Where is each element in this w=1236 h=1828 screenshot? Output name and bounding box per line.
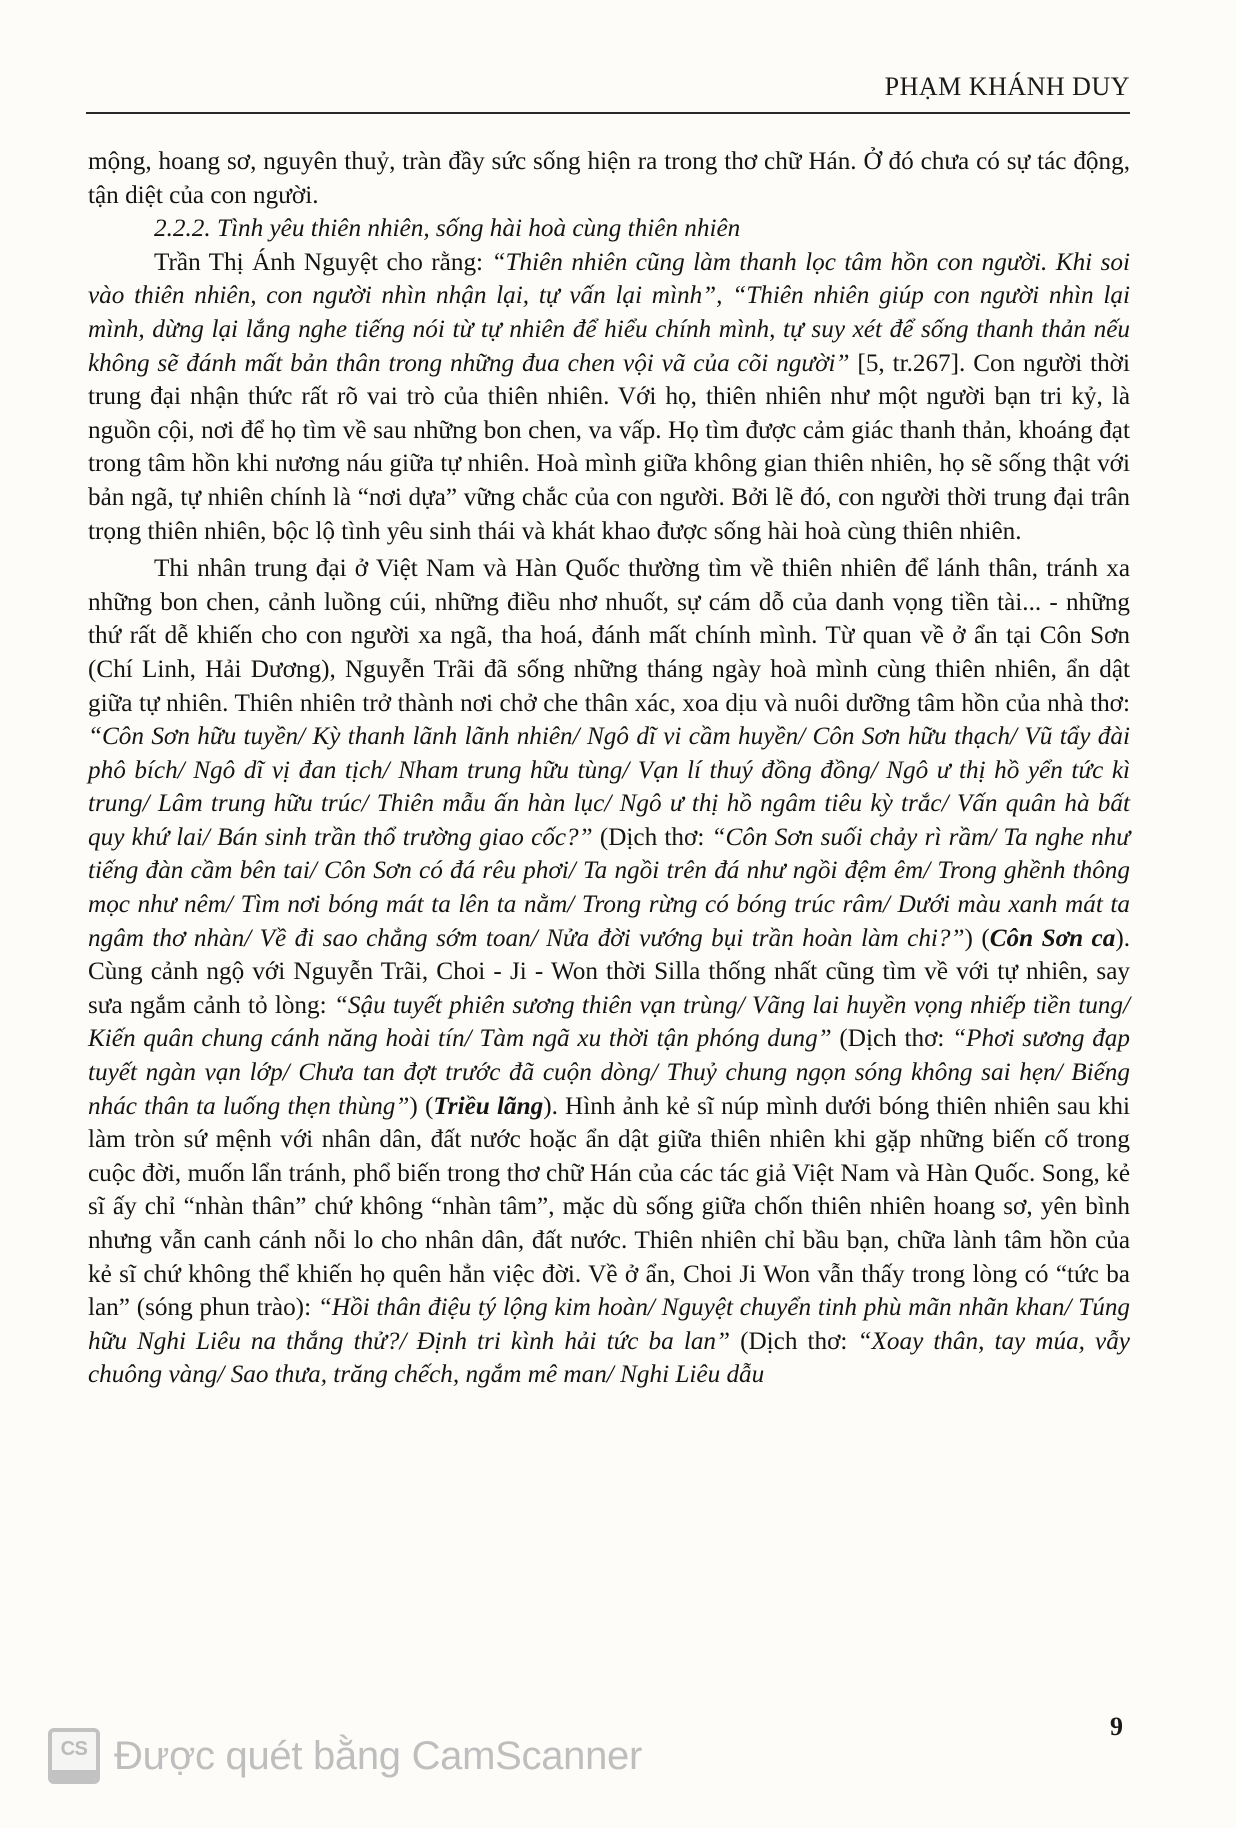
text-segment: (Dịch thơ:: [730, 1328, 857, 1355]
watermark-text: Được quét bằng CamScanner: [114, 1734, 642, 1779]
scanned-book-page: PHẠM KHÁNH DUY mộng, hoang sơ, nguyên th…: [0, 0, 1236, 1828]
text-segment: Trần Thị Ánh Nguyệt cho rằng:: [154, 249, 492, 276]
page-number: 9: [1110, 1712, 1123, 1742]
paragraph: Thi nhân trung đại ở Việt Nam và Hàn Quố…: [88, 552, 1130, 1392]
text-segment: ) (: [409, 1093, 433, 1120]
body-text: mộng, hoang sơ, nguyên thuỷ, tràn đầy sứ…: [88, 145, 1130, 1392]
camscanner-logo-text: CS: [61, 1738, 88, 1761]
paragraph-continuation: mộng, hoang sơ, nguyên thuỷ, tràn đầy sứ…: [88, 145, 1130, 212]
poem-title: Triều lãng: [433, 1093, 543, 1120]
poem-title: Côn Sơn ca: [990, 925, 1116, 952]
camscanner-watermark: CS Được quét bằng CamScanner: [48, 1728, 642, 1784]
text-segment: ) (: [965, 925, 990, 952]
paragraph: Trần Thị Ánh Nguyệt cho rằng: “Thiên nhi…: [88, 246, 1130, 548]
header-rule: [86, 112, 1130, 114]
section-heading: 2.2.2. Tình yêu thiên nhiên, sống hài ho…: [88, 212, 1130, 246]
text-segment: (Dịch thơ:: [593, 824, 712, 851]
text-segment: (Dịch thơ:: [832, 1025, 952, 1052]
running-head-author: PHẠM KHÁNH DUY: [885, 72, 1130, 102]
text-segment: Thi nhân trung đại ở Việt Nam và Hàn Quố…: [88, 555, 1130, 716]
text-segment: ). Hình ảnh kẻ sĩ núp mình dưới bóng thi…: [88, 1093, 1130, 1322]
text-segment: mộng, hoang sơ, nguyên thuỷ, tràn đầy sứ…: [88, 148, 1130, 209]
camscanner-logo-icon: CS: [48, 1728, 100, 1784]
section-heading-text: 2.2.2. Tình yêu thiên nhiên, sống hài ho…: [154, 215, 740, 242]
text-segment: [5, tr.267]. Con người thời trung đại nh…: [88, 350, 1130, 545]
